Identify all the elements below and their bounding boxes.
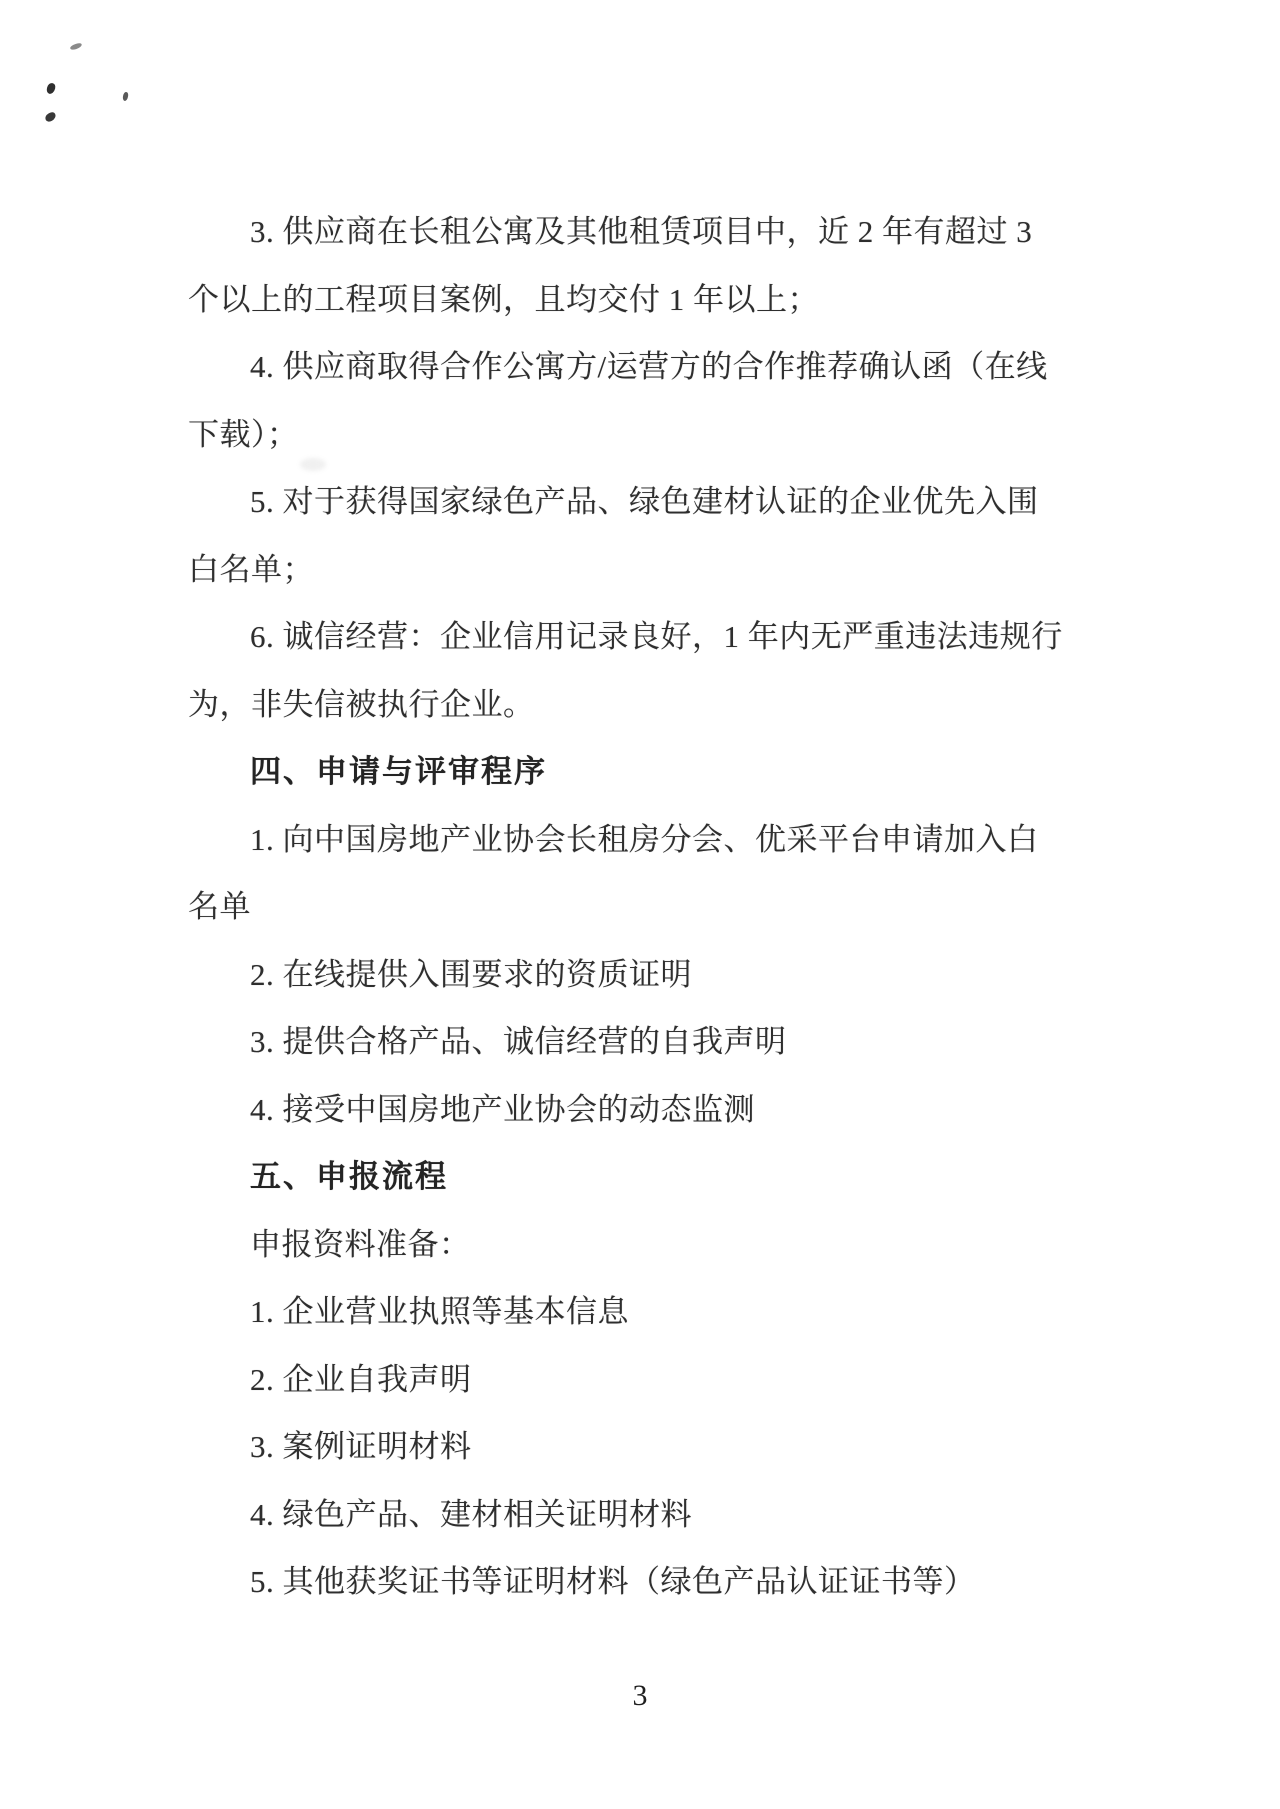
document-line: 个以上的工程项目案例，且均交付 1 年以上；	[188, 266, 1098, 334]
section-heading-declaration-process: 五、申报流程	[188, 1143, 1098, 1211]
document-line: 3. 案例证明材料	[188, 1413, 1098, 1481]
document-line: 1. 向中国房地产业协会长租房分会、优采平台申请加入白	[188, 806, 1098, 874]
document-body: 3. 供应商在长租公寓及其他租赁项目中，近 2 年有超过 3 个以上的工程项目案…	[188, 198, 1098, 1616]
document-line: 4. 接受中国房地产业协会的动态监测	[188, 1076, 1098, 1144]
document-line: 3. 提供合格产品、诚信经营的自我声明	[188, 1008, 1098, 1076]
document-line: 5. 其他获奖证书等证明材料（绿色产品认证证书等）	[188, 1548, 1098, 1616]
ink-speck	[70, 42, 83, 50]
document-line: 2. 在线提供入围要求的资质证明	[188, 941, 1098, 1009]
page-number: 3	[0, 1676, 1280, 1716]
document-line: 为，非失信被执行企业。	[188, 671, 1098, 739]
document-line: 4. 绿色产品、建材相关证明材料	[188, 1481, 1098, 1549]
document-line: 6. 诚信经营：企业信用记录良好，1 年内无严重违法违规行	[188, 603, 1098, 671]
document-line: 下载）；	[188, 401, 1098, 469]
document-line: 名单	[188, 873, 1098, 941]
document-line: 白名单；	[188, 536, 1098, 604]
ink-speck	[122, 92, 128, 102]
ink-speck	[46, 82, 56, 95]
document-line: 5. 对于获得国家绿色产品、绿色建材认证的企业优先入围	[188, 468, 1098, 536]
ink-speck	[44, 111, 58, 123]
document-line: 1. 企业营业执照等基本信息	[188, 1278, 1098, 1346]
document-line: 4. 供应商取得合作公寓方/运营方的合作推荐确认函（在线	[188, 333, 1098, 401]
document-line: 申报资料准备：	[188, 1211, 1098, 1279]
document-line: 3. 供应商在长租公寓及其他租赁项目中，近 2 年有超过 3	[188, 198, 1098, 266]
document-line: 2. 企业自我声明	[188, 1346, 1098, 1414]
section-heading-application-review: 四、申请与评审程序	[188, 738, 1098, 806]
scanned-document-page: 3. 供应商在长租公寓及其他租赁项目中，近 2 年有超过 3 个以上的工程项目案…	[0, 0, 1280, 1809]
